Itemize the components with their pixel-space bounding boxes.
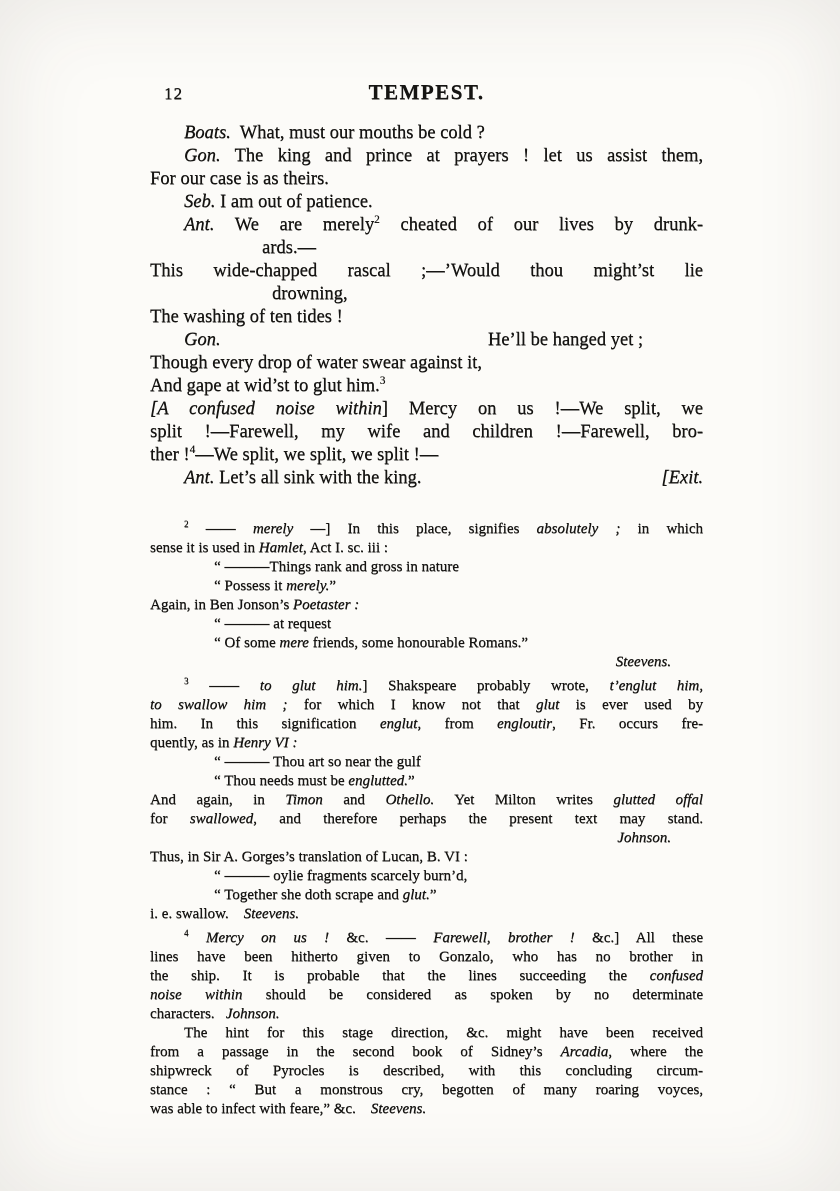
text-run: “ Thou needs must be (214, 773, 348, 789)
text-run: is ever used by (559, 697, 703, 713)
text-line: drowning, (150, 283, 703, 306)
text-line: the ship. It is probable that the lines … (150, 967, 703, 986)
text-run: for (150, 811, 190, 827)
text-line: Thus, in Sir A. Gorges’s translation of … (150, 848, 703, 867)
italic-run: Ant. (184, 468, 214, 488)
italic-run: Ant. (184, 215, 214, 235)
text-run: drowning, (272, 284, 348, 304)
text-run: —— (189, 678, 260, 694)
text-run: “ Of some (214, 635, 279, 651)
text-run: “ ——— oylie fragments scarcely burn’d, (214, 868, 467, 884)
footnote-3: 3 —— to glut him.] Shakspeare probably w… (150, 677, 703, 924)
footnote-marker: 3 (380, 375, 386, 387)
italic-run: [Exit. (661, 468, 703, 488)
text-run: —We split, we split, we split !— (195, 445, 438, 465)
italic-run: Mercy on us ! (206, 930, 329, 946)
text-line: The hint for this stage direction, &c. m… (150, 1024, 703, 1043)
text-line: shipwreck of Pyrocles is described, with… (150, 1062, 703, 1081)
text-run: him. In this signification (150, 716, 380, 732)
text-line: And gape at wid’st to glut him.3 (150, 375, 703, 398)
text-run: , and therefore perhaps the present text… (253, 811, 703, 827)
text-run: i. e. swallow. (150, 906, 244, 922)
page-content: 12 TEMPEST. Boats. What, must our mouths… (150, 80, 703, 1124)
italic-run: glut. (403, 887, 430, 903)
text-run: characters. (150, 1006, 226, 1022)
line-right: [Exit. (661, 467, 703, 490)
text-line: ther !4—We split, we split, we split !— (150, 444, 703, 467)
italic-run: Steevens. (616, 654, 671, 670)
text-line: Gon. The king and prince at prayers ! le… (150, 145, 703, 168)
text-run: “ ——— at request (214, 616, 331, 632)
text-line: “ ——— Thou art so near the gulf (150, 753, 703, 772)
text-run: and (323, 792, 386, 808)
text-run: shipwreck of Pyrocles is described, with… (150, 1063, 703, 1079)
footnote-4: 4 Mercy on us ! &c. —— Farewell, brother… (150, 929, 703, 1119)
italic-run: merely (253, 521, 293, 537)
text-line: i. e. swallow. Steevens. (150, 905, 703, 924)
text-run: —] In this place, signifies (293, 521, 536, 537)
italic-run: mere (279, 635, 308, 651)
text-run: And gape at wid’st to glut him. (150, 376, 380, 396)
text-run: “ ———Things rank and gross in nature (214, 559, 459, 575)
text-line: Gon.He’ll be hanged yet ; (150, 329, 703, 352)
text-line: “ Together she doth scrape and glut.” (150, 886, 703, 905)
italic-run: glutted offal (613, 792, 703, 808)
text-line: Ant. We are merely2 cheated of our lives… (150, 214, 703, 237)
book-page: 12 TEMPEST. Boats. What, must our mouths… (0, 0, 840, 1191)
italic-run: [A confused noise within (150, 399, 382, 419)
text-line: was able to infect with feare,” &c. Stee… (150, 1100, 703, 1119)
text-run: sense it is used in (150, 540, 259, 556)
text-line: him. In this signification englut, from … (150, 715, 703, 734)
text-run: Let’s all sink with the king. (214, 468, 421, 488)
italic-run: glut (536, 697, 559, 713)
text-run: ] Shakspeare probably wrote, (362, 678, 609, 694)
italic-run: Othello. (385, 792, 434, 808)
text-run: What, must our mouths be cold ? (231, 123, 485, 143)
italic-run: Steevens. (371, 1101, 426, 1117)
main-text: Boats. What, must our mouths be cold ?Go… (150, 122, 703, 490)
text-run: , where the (608, 1044, 703, 1060)
italic-run: Timon (285, 792, 323, 808)
text-line: “ ——— at request (150, 615, 703, 634)
text-run: cheated of our lives by drunk- (380, 215, 703, 235)
page-number: 12 (164, 84, 183, 104)
text-line: lines have been hitherto given to Gonzal… (150, 948, 703, 967)
text-line: Ant. Let’s all sink with the king.[Exit. (150, 467, 703, 490)
italic-run: absolutely ; (537, 521, 621, 537)
text-run: quently, as in (150, 735, 233, 751)
text-run: This wide-chapped rascal ;—’Would thou m… (150, 261, 703, 281)
italic-run: Seb. (184, 192, 215, 212)
text-line: 3 —— to glut him.] Shakspeare probably w… (150, 677, 703, 696)
text-line: 2 —— merely —] In this place, signifies … (150, 520, 703, 539)
text-run: He’ll be hanged yet ; (488, 330, 643, 350)
text-line: quently, as in Henry VI : (150, 734, 703, 753)
line-left: Ant. Let’s all sink with the king. (184, 467, 421, 490)
text-line: This wide-chapped rascal ;—’Would thou m… (150, 260, 703, 283)
text-run: And again, in (150, 792, 285, 808)
text-run: in which (620, 521, 703, 537)
italic-run: Gon. (184, 146, 221, 166)
text-run: The hint for this stage direction, &c. m… (184, 1025, 703, 1041)
page-header: 12 TEMPEST. (150, 80, 703, 108)
italic-run: Johnson. (226, 1006, 280, 1022)
italic-run: confused (650, 968, 703, 984)
text-run: ther ! (150, 445, 190, 465)
text-line: split !—Farewell, my wife and children !… (150, 421, 703, 444)
text-run: the ship. It is probable that the lines … (150, 968, 650, 984)
italic-run: swallowed (190, 811, 253, 827)
text-line: For our case is as theirs. (150, 168, 703, 191)
text-line: characters. Johnson. (150, 1005, 703, 1024)
italic-run: Johnson. (617, 830, 671, 846)
text-run: , Act I. sc. iii : (303, 540, 388, 556)
text-line: to swallow him ; for which I know not th… (150, 696, 703, 715)
text-line: “ Of some mere friends, some honourable … (150, 634, 703, 653)
text-run: should be considered as spoken by no det… (242, 987, 703, 1003)
italic-run: engloutir (497, 716, 552, 732)
italic-run: to glut him. (260, 678, 363, 694)
text-line: [A confused noise within] Mercy on us !—… (150, 398, 703, 421)
text-run: was able to infect with feare,” &c. (150, 1101, 371, 1117)
italic-run: t’englut him, (609, 678, 703, 694)
text-run: Thus, in Sir A. Gorges’s translation of … (150, 849, 468, 865)
text-run: “ ——— Thou art so near the gulf (214, 754, 421, 770)
text-line: Steevens. (150, 653, 703, 672)
italic-run: Farewell, brother ! (433, 930, 575, 946)
text-line: stance : “ But a monstrous cry, begotten… (150, 1081, 703, 1100)
text-line: “ ———Things rank and gross in nature (150, 558, 703, 577)
italic-run: Hamlet (259, 540, 303, 556)
text-run: Again, in Ben Jonson’s (150, 597, 293, 613)
text-run: lines have been hitherto given to Gonzal… (150, 949, 703, 965)
italic-run: englutted. (348, 773, 408, 789)
text-line: Again, in Ben Jonson’s Poetaster : (150, 596, 703, 615)
text-line: from a passage in the second book of Sid… (150, 1043, 703, 1062)
footnote-marker: 4 (184, 928, 189, 938)
text-line: Boats. What, must our mouths be cold ? (150, 122, 703, 145)
text-line: ards.— (150, 237, 703, 260)
text-run: ” (430, 887, 437, 903)
text-run: &c. —— (329, 930, 433, 946)
footnotes: 2 —— merely —] In this place, signifies … (150, 520, 703, 1119)
text-run: &c.] All these (575, 930, 703, 946)
text-line: The washing of ten tides ! (150, 306, 703, 329)
text-run: from a passage in the second book of Sid… (150, 1044, 560, 1060)
line-left: Gon. (184, 329, 221, 352)
text-line: noise within should be considered as spo… (150, 986, 703, 1005)
text-run: —— (189, 521, 253, 537)
text-run: for which I know not that (287, 697, 536, 713)
footnote-2: 2 —— merely —] In this place, signifies … (150, 520, 703, 672)
italic-run: to swallow him ; (150, 697, 287, 713)
page-title: TEMPEST. (150, 80, 703, 105)
italic-run: Boats. (184, 123, 231, 143)
italic-run: Arcadia (560, 1044, 608, 1060)
text-line: “ ——— oylie fragments scarcely burn’d, (150, 867, 703, 886)
text-run: ] Mercy on us !—We split, we (382, 399, 703, 419)
italic-run: englut (380, 716, 418, 732)
text-run: Though every drop of water swear against… (150, 353, 482, 373)
text-run: The washing of ten tides ! (150, 307, 343, 327)
text-run: Yet Milton writes (434, 792, 613, 808)
text-run: “ Possess it (214, 578, 286, 594)
italic-run: Poetaster : (293, 597, 359, 613)
text-line: Though every drop of water swear against… (150, 352, 703, 375)
text-line: And again, in Timon and Othello. Yet Mil… (150, 791, 703, 810)
text-line: for swallowed, and therefore perhaps the… (150, 810, 703, 829)
text-run: “ Together she doth scrape and (214, 887, 403, 903)
text-line: “ Possess it merely.” (150, 577, 703, 596)
text-run: , from (417, 716, 497, 732)
text-run: ” (408, 773, 415, 789)
text-run: , Fr. occurs fre- (552, 716, 703, 732)
text-run: The king and prince at prayers ! let us … (221, 146, 704, 166)
text-line: “ Thou needs must be englutted.” (150, 772, 703, 791)
text-run: stance : “ But a monstrous cry, begotten… (150, 1082, 703, 1098)
text-run: ” (329, 578, 336, 594)
text-line: sense it is used in Hamlet, Act I. sc. i… (150, 539, 703, 558)
text-run (189, 930, 206, 946)
italic-run: Henry VI : (233, 735, 297, 751)
text-run: ards.— (262, 238, 316, 258)
text-run: split !—Farewell, my wife and children !… (150, 422, 703, 442)
line-right: He’ll be hanged yet ; (488, 329, 643, 352)
italic-run: noise within (150, 987, 242, 1003)
text-run: I am out of patience. (215, 192, 372, 212)
italic-run: Gon. (184, 330, 221, 350)
text-line: Johnson. (150, 829, 703, 848)
text-run: friends, some honourable Romans.” (309, 635, 528, 651)
text-run: We are merely (214, 215, 374, 235)
italic-run: Steevens. (244, 906, 299, 922)
text-line: Seb. I am out of patience. (150, 191, 703, 214)
text-line: 4 Mercy on us ! &c. —— Farewell, brother… (150, 929, 703, 948)
text-run: For our case is as theirs. (150, 169, 329, 189)
italic-run: merely. (286, 578, 329, 594)
